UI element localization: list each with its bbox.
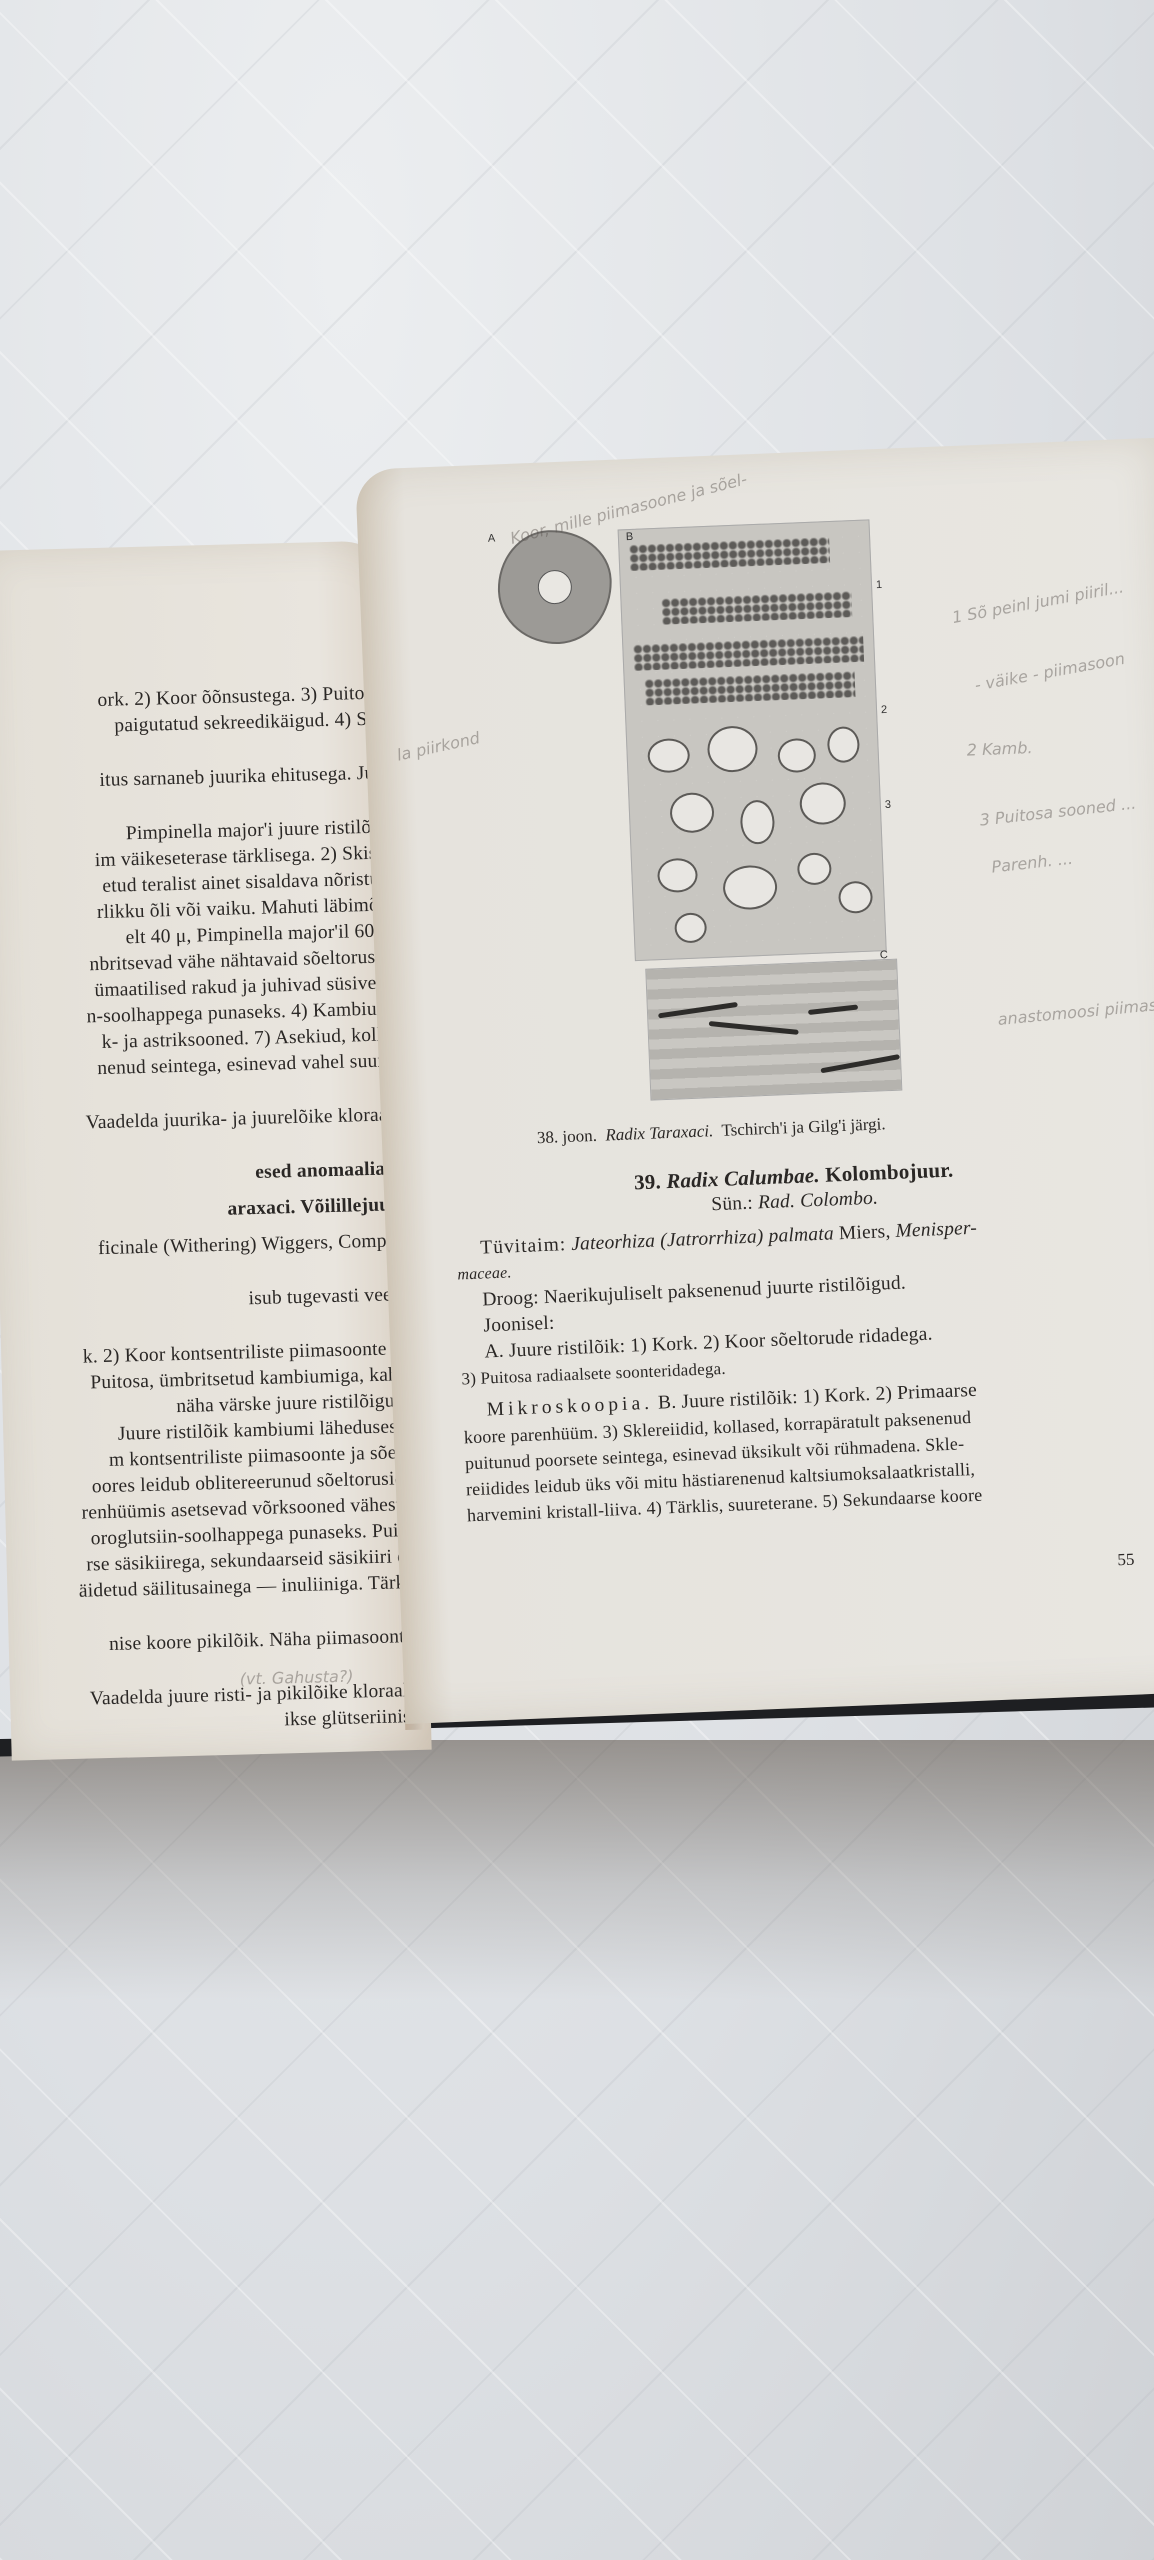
figure-c-longitudinal-section — [645, 959, 902, 1101]
page-number: 55 — [1117, 1550, 1135, 1571]
figure-label: 1 — [876, 579, 883, 591]
pencil-note: Parenh. ... — [991, 849, 1074, 877]
caption-species: Radix Taraxaci. — [605, 1121, 714, 1144]
figure-caption: 38. joon. Radix Taraxaci. Tschirch'i ja … — [537, 1114, 886, 1148]
pencil-note: anastomoosi piimasoonid — [997, 991, 1154, 1029]
right-page-text: 39. Radix Calumbae. Kolombojuur. Sün.: R… — [453, 1149, 1147, 1528]
pencil-note: - väike - piimasoon — [973, 649, 1126, 695]
figure-label: C — [880, 949, 888, 961]
caption-number: 38. joon. — [537, 1126, 598, 1147]
pencil-note: (vt. Gahusta?) — [240, 1667, 354, 1689]
left-page-text: ork. 2) Koor õõnsustega. 3) Puitosas pai… — [4, 680, 416, 1740]
figure-label: B — [626, 531, 634, 543]
pencil-note: 3 Puitosa sooned ... — [979, 794, 1137, 830]
figure-label: A — [488, 532, 496, 544]
figure-label: 3 — [885, 799, 892, 811]
figure-b-tissue-detail — [618, 519, 887, 961]
right-page: A B 1 2 3 C — [355, 438, 1154, 1724]
book-shadow — [0, 1740, 1154, 2000]
figure-radix-taraxaci: A B 1 2 3 C — [497, 497, 961, 1114]
pencil-note: la piirkond — [395, 728, 481, 765]
pencil-note: 2 Kamb. — [966, 738, 1033, 760]
caption-source: Tschirch'i ja Gilg'i järgi. — [721, 1114, 886, 1140]
pencil-note: 1 Sõ peinl jumi piiril... — [951, 577, 1125, 627]
figure-label: 2 — [881, 704, 888, 716]
